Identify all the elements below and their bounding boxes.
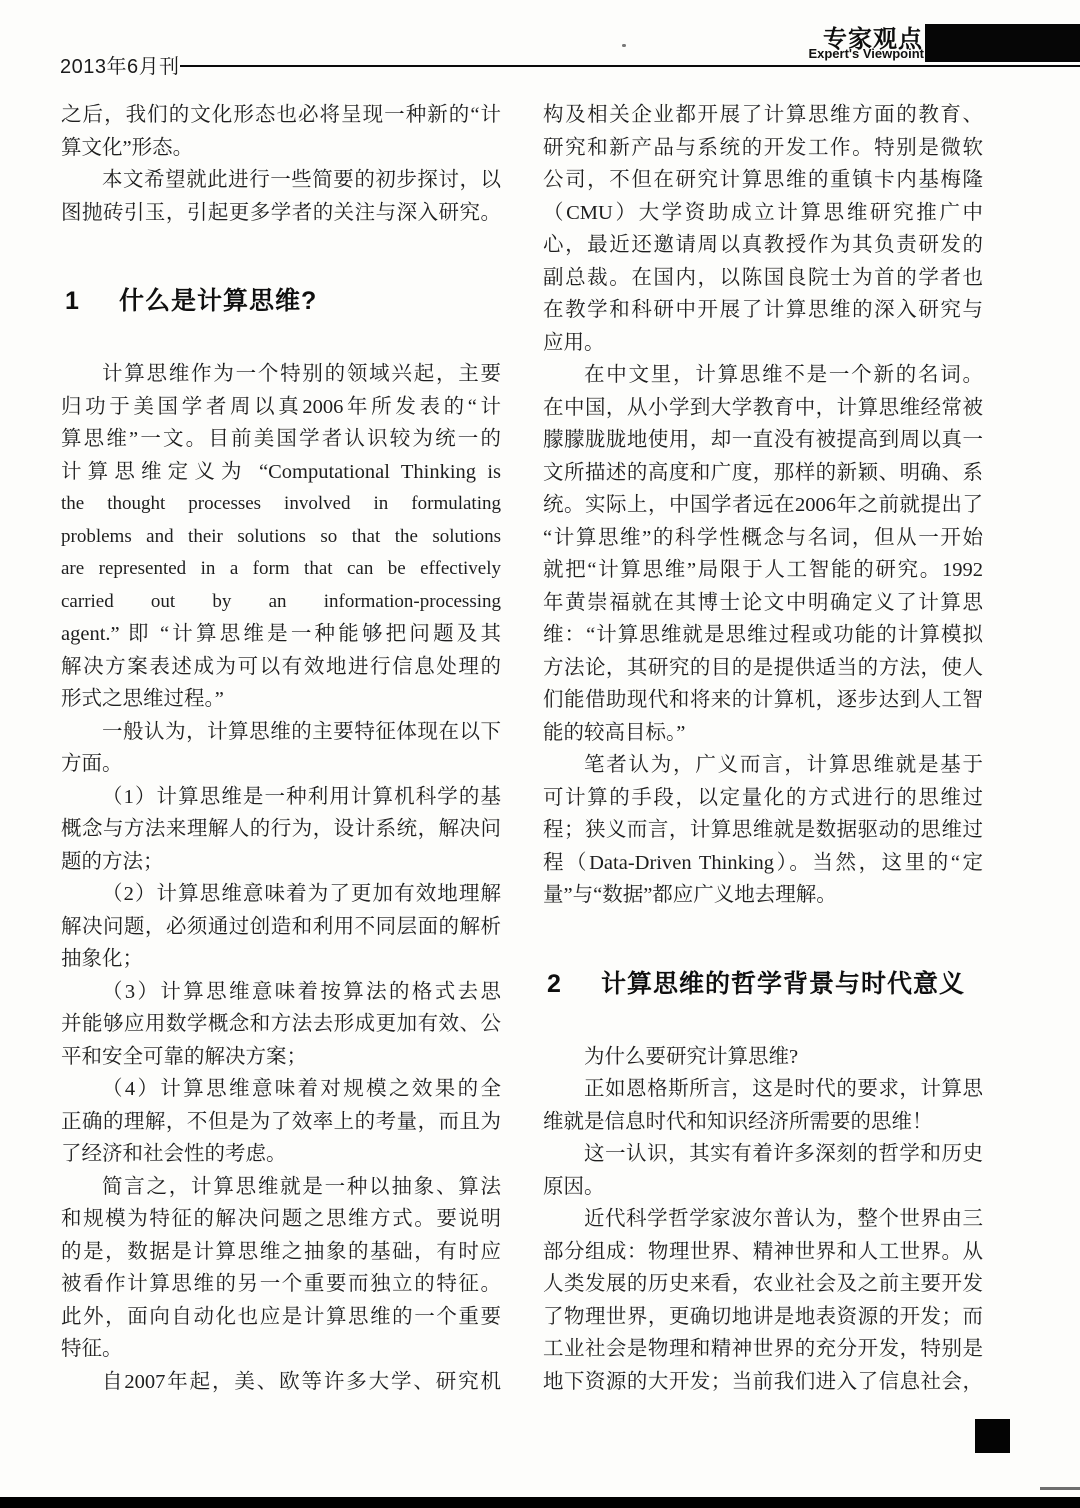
header-black-box: [925, 24, 1080, 62]
text-line: 副总裁。在国内，以陈国良院士为首的学者也: [543, 262, 983, 295]
text-line: 在教学和科研中开展了计算思维的深入研究与: [543, 294, 983, 327]
text-line: 地下资源的大开发；当前我们进入了信息社会，: [543, 1366, 983, 1399]
text-line: are represented in a form that can be ef…: [61, 553, 501, 586]
text-line: 被看作计算思维的另一个重要而独立的特征。: [61, 1268, 501, 1301]
text-line: 们能借助现代和将来的计算机，逐步达到人工智: [543, 684, 983, 717]
text-line: 正确的理解，不但是为了效率上的考量，而且为: [61, 1106, 501, 1139]
text-line: 程；狭义而言，计算思维就是数据驱动的思维过: [543, 814, 983, 847]
text-line: 形式之思维过程。”: [61, 683, 501, 716]
text-line: 归功于美国学者周以真2006年所发表的“计: [61, 391, 501, 424]
text-line: 应用。: [543, 327, 983, 360]
text-line: 部分组成：物理世界、精神世界和人工世界。从: [543, 1236, 983, 1269]
text-line: 研究和新产品与系统的开发工作。特别是微软: [543, 132, 983, 165]
text-line: 抽象化；: [61, 943, 501, 976]
text-line: 本文希望就此进行一些简要的初步探讨，以: [61, 164, 501, 197]
section-heading: 2计算思维的哲学背景与时代意义: [543, 969, 983, 999]
text-line: 并能够应用数学概念和方法去形成更加有效、公: [61, 1008, 501, 1041]
text-line: 和规模为特征的解决问题之思维方式。要说明: [61, 1203, 501, 1236]
footer-corner-line: [1040, 1487, 1080, 1490]
scan-speck: [622, 44, 626, 47]
text-line: 解决问题，必须通过创造和利用不同层面的解析: [61, 911, 501, 944]
text-line: “计算思维”的科学性概念与名词，但从一开始: [543, 522, 983, 555]
text-line: 量”与“数据”都应广义地去理解。: [543, 879, 983, 912]
text-line: 可计算的手段，以定量化的方式进行的思维过: [543, 782, 983, 815]
text-line: 计算思维定义为 “Computational Thinking is: [61, 456, 501, 489]
text-line: 文所描述的高度和广度，那样的新颖、明确、系: [543, 457, 983, 490]
text-line: problems and their solutions so that the…: [61, 521, 501, 554]
text-line: 算文化”形态。: [61, 132, 501, 165]
text-line: 题的方法；: [61, 846, 501, 879]
text-line: 自2007年起，美、欧等许多大学、研究机: [61, 1366, 501, 1399]
text-line: 原因。: [543, 1171, 983, 1204]
text-line: 此外，面向自动化也应是计算思维的一个重要: [61, 1301, 501, 1334]
text-line: 计算思维作为一个特别的领域兴起，主要: [61, 358, 501, 391]
text-line: （2）计算思维意味着为了更加有效地理解和: [61, 878, 501, 911]
text-line: 公司，不但在研究计算思维的重镇卡内基梅隆: [543, 164, 983, 197]
text-line: 维就是信息时代和知识经济所需要的思维！: [543, 1106, 983, 1139]
text-line: 之后，我们的文化形态也必将呈现一种新的“计: [61, 99, 501, 132]
text-line: 工业社会是物理和精神世界的充分开发，特别是: [543, 1333, 983, 1366]
section-number: 1: [65, 286, 85, 316]
column-title-en: Expert's Viewpoint: [808, 46, 924, 61]
text-line: 朦朦胧胧地使用，却一直没有被提高到周以真一: [543, 424, 983, 457]
end-of-section-square: [975, 1419, 1010, 1453]
text-line: 一般认为，计算思维的主要特征体现在以下: [61, 716, 501, 749]
section-title: 计算思维的哲学背景与时代意义: [601, 969, 965, 999]
left-column: 之后，我们的文化形态也必将呈现一种新的“计算文化”形态。本文希望就此进行一些简要…: [61, 99, 501, 1398]
text-line: 就把“计算思维”局限于人工智能的研究。1992: [543, 554, 983, 587]
text-line: 能的较高目标。”: [543, 717, 983, 750]
section-title: 什么是计算思维?: [119, 286, 317, 316]
issue-label: 2013年6月刊: [60, 50, 180, 79]
text-line: 方法论，其研究的目的是提供适当的方法，使人: [543, 652, 983, 685]
footer-bar: [0, 1497, 1080, 1508]
text-line: 了经济和社会性的考虑。: [61, 1138, 501, 1171]
text-line: （CMU）大学资助成立计算思维研究推广中: [543, 197, 983, 230]
text-line: 了物理世界，更确切地讲是地表资源的开发；而: [543, 1301, 983, 1334]
text-line: 在中国，从小学到大学教育中，计算思维经常被: [543, 392, 983, 425]
text-line: 方面。: [61, 748, 501, 781]
text-line: 笔者认为，广义而言，计算思维就是基于: [543, 749, 983, 782]
text-line: （1）计算思维是一种利用计算机科学的基本: [61, 781, 501, 814]
header-rule: [180, 65, 1080, 67]
journal-page: 2013年6月刊 专家观点 Expert's Viewpoint 之后，我们的文…: [0, 0, 1080, 1508]
text-line: （4）计算思维意味着对规模之效果的全面、: [61, 1073, 501, 1106]
text-line: 简言之，计算思维就是一种以抽象、算法: [61, 1171, 501, 1204]
text-line: 的是，数据是计算思维之抽象的基础，有时应: [61, 1236, 501, 1269]
text-line: agent.” 即 “计算思维是一种能够把问题及其: [61, 618, 501, 651]
text-line: 程（Data-Driven Thinking）。当然，这里的“定: [543, 847, 983, 880]
text-line: 年黄崇福就在其博士论文中明确定义了计算思: [543, 587, 983, 620]
section-heading: 1什么是计算思维?: [61, 286, 501, 316]
text-line: 特征。: [61, 1333, 501, 1366]
text-line: 正如恩格斯所言，这是时代的要求，计算思: [543, 1073, 983, 1106]
text-line: 概念与方法来理解人的行为，设计系统，解决问: [61, 813, 501, 846]
text-line: 这一认识，其实有着许多深刻的哲学和历史: [543, 1138, 983, 1171]
text-line: 心，最近还邀请周以真教授作为其负责研发的: [543, 229, 983, 262]
text-line: （3）计算思维意味着按算法的格式去思考，: [61, 976, 501, 1009]
text-line: 在中文里，计算思维不是一个新的名词。: [543, 359, 983, 392]
text-line: 维：“计算思维就是思维过程或功能的计算模拟: [543, 619, 983, 652]
section-number: 2: [547, 969, 567, 999]
text-line: 为什么要研究计算思维?: [543, 1041, 983, 1074]
text-line: 统。实际上，中国学者远在2006年之前就提出了: [543, 489, 983, 522]
text-line: carried out by an information-processing: [61, 586, 501, 619]
text-line: 平和安全可靠的解决方案；: [61, 1041, 501, 1074]
text-line: 近代科学哲学家波尔普认为，整个世界由三: [543, 1203, 983, 1236]
text-line: 解决方案表述成为可以有效地进行信息处理的: [61, 651, 501, 684]
text-line: the thought processes involved in formul…: [61, 488, 501, 521]
text-line: 人类发展的历史来看，农业社会及之前主要开发: [543, 1268, 983, 1301]
right-column: 构及相关企业都开展了计算思维方面的教育、研究和新产品与系统的开发工作。特别是微软…: [543, 99, 983, 1398]
text-line: 构及相关企业都开展了计算思维方面的教育、: [543, 99, 983, 132]
text-line: 图抛砖引玉，引起更多学者的关注与深入研究。: [61, 197, 501, 230]
text-line: 算思维”一文。目前美国学者认识较为统一的: [61, 423, 501, 456]
